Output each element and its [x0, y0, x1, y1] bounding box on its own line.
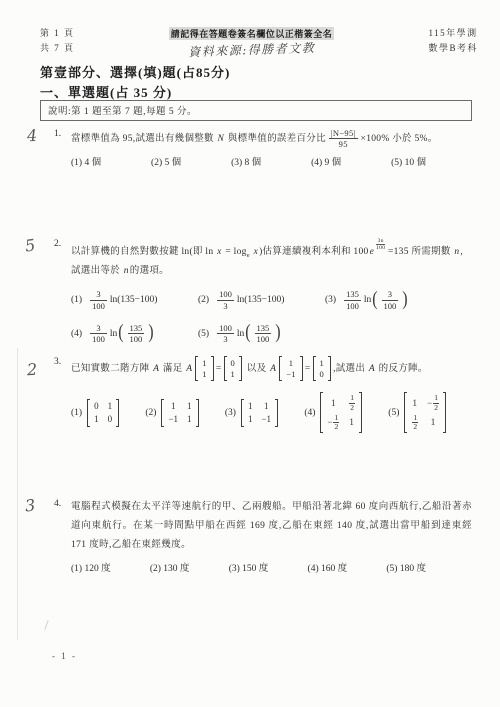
fraction-numerator: 135	[255, 323, 272, 333]
scan-artifact-line	[17, 348, 18, 640]
q3-vector: 11	[195, 356, 214, 381]
matrix-cell: 12	[411, 414, 418, 432]
q1-option-1: (1) 4 個	[71, 154, 101, 168]
q1-text-segment: ×100% 小於 5%。	[361, 134, 438, 144]
q2-text-segment: =135 所需期數	[388, 247, 451, 257]
scan-artifact-mark	[44, 620, 48, 630]
left-paren: (	[371, 289, 378, 312]
q3-option-5-matrix: 1−12121	[404, 392, 446, 433]
q2-euler-e: e	[369, 247, 376, 257]
q3-matrix-A: A	[152, 364, 160, 374]
exam-info: 115年學測 數學B考科	[428, 26, 478, 58]
fraction-denominator: 2	[349, 403, 355, 412]
q3-text-segment: 已知實數二階方陣	[71, 364, 149, 374]
q4-option-3: (3) 150 度	[229, 560, 269, 574]
q3-vector: 1−1	[279, 356, 303, 381]
q2-variable-n: n	[123, 266, 130, 276]
q2-option-4: (4)3100ln(135100)	[71, 323, 198, 344]
matrix-cell: −1	[261, 414, 271, 425]
q4-option-2: (2) 130 度	[150, 560, 190, 574]
vector-cell: 1	[202, 369, 207, 380]
matrix-bracket-right	[359, 392, 362, 433]
matrix-cell: 1	[248, 401, 253, 412]
matrix-cell: 1	[431, 417, 436, 428]
question-2: 2. 以計算機的自然對數按鍵 ln(即 ln x = loge x)估算連續複利…	[54, 238, 472, 344]
question-1-text: 當標準值為 95,試選出有幾個整數 N 與標準值的誤差百分比|N−95|95×1…	[71, 128, 472, 149]
question-4-number: 4.	[54, 498, 71, 574]
question-2-text: 以計算機的自然對數按鍵 ln(即 ln x = loge x)估算連續複利本利和…	[71, 238, 472, 280]
right-paren: )	[401, 289, 408, 312]
q3-option-1: (1)0110	[71, 399, 121, 427]
q2-option-3-ln: ln	[364, 295, 371, 305]
equals-sign: =	[216, 364, 222, 374]
page-header: 第 1 頁 共 7 頁 請記得在答題卷簽名欄位以正楷簽全名 資料來源:得勝者文教…	[40, 26, 478, 58]
q1-variable-N: N	[217, 134, 226, 144]
q3-text-segment: 以及	[247, 364, 267, 374]
q3-option-1-matrix: 0110	[87, 399, 119, 427]
matrix-cell: 0	[108, 414, 113, 425]
equals-sign: =	[305, 364, 311, 374]
fraction-numerator: 1	[412, 414, 418, 422]
question-3-text: 已知實數二階方陣 A 滿足 A11=01 以及 A1−1=10,試選出 A 的反…	[71, 356, 472, 381]
q2-exponent-fraction: 3n100	[376, 238, 385, 251]
question-4-options: (1) 120 度 (2) 130 度 (3) 150 度 (4) 160 度 …	[71, 560, 472, 574]
q3-vector: 10	[313, 356, 332, 381]
fraction-numerator: 100	[217, 323, 234, 333]
matrix-cell: 1	[171, 401, 176, 412]
left-paren: (	[117, 322, 124, 345]
instructions-box: 說明:第 1 題至第 7 題,每題 5 分。	[40, 100, 472, 121]
left-paren: (	[244, 322, 251, 345]
q2-option-4-ln: ln	[110, 329, 117, 339]
matrix-bracket-right	[443, 392, 446, 433]
q2-text-segment: )估算連續複利本利和 100	[259, 247, 369, 257]
q3-option-2: (2)11−11	[145, 399, 200, 427]
matrix-cell: 1	[413, 398, 418, 409]
q4-option-5: (5) 180 度	[386, 560, 426, 574]
q3-matrix-A: A	[269, 364, 277, 374]
q3-option-4: (4)112−121	[304, 392, 364, 433]
q1-option-2: (2) 5 個	[151, 154, 181, 168]
question-4: 4. 電腦程式模擬在太平洋等速航行的甲、乙兩艘船。甲船沿著北緯 60 度向西航行…	[54, 498, 472, 574]
matrix-cell: 1	[94, 414, 99, 425]
vector-cell: 0	[320, 369, 325, 380]
matrix-cell: 1	[187, 414, 192, 425]
vector-cell: 1	[202, 358, 207, 369]
vector-cell: 0	[231, 358, 236, 369]
matrix-cell: 1	[248, 414, 253, 425]
matrix-bracket-right	[239, 356, 242, 381]
matrix-bracket-right	[300, 356, 303, 381]
page-info: 第 1 頁 共 7 頁	[40, 26, 75, 58]
matrix-cell: −12	[327, 414, 339, 432]
q4-option-1: (1) 120 度	[71, 560, 111, 574]
handwritten-answer-q1: 4	[26, 126, 37, 146]
question-2-number: 2.	[54, 238, 71, 344]
matrix-cell: 1	[264, 401, 269, 412]
q2-text-segment: ,	[460, 247, 463, 257]
q2-option-5-label: (5)	[198, 329, 209, 339]
matrix-bracket-right	[275, 399, 278, 427]
handwritten-answer-q2: 5	[24, 235, 37, 255]
fraction-numerator: 1	[349, 394, 355, 402]
fraction-numerator: 100	[217, 289, 234, 299]
q2-text-segment: 的選項。	[130, 266, 169, 276]
q2-option-1-fraction: 3100	[90, 289, 107, 310]
q1-fraction: |N−95|95	[329, 128, 358, 149]
q3-option-5-label: (5)	[388, 408, 399, 418]
q2-option-5: (5)1003ln(135100)	[198, 323, 325, 344]
q2-option-2-label: (2)	[198, 295, 209, 305]
q2-option-2: (2)1003ln(135−100)	[198, 289, 325, 310]
q2-option-3-fraction: 135100	[344, 289, 361, 310]
q2-option-4-label: (4)	[71, 329, 82, 339]
q2-variable-x: x	[216, 247, 223, 257]
fraction-denominator: 3	[217, 300, 234, 311]
matrix-bracket-right	[211, 356, 214, 381]
q3-option-4-matrix: 112−121	[320, 392, 362, 433]
fraction-denominator: 2	[333, 422, 339, 431]
question-3-options: (1)0110 (2)11−11 (3)111−1 (4)112−121 (5)…	[71, 392, 472, 433]
q2-option-3-label: (3)	[325, 295, 336, 305]
part-title: 第壹部分、選擇(填)題(占85分)	[40, 62, 230, 81]
matrix-bracket-right	[328, 356, 331, 381]
q1-option-3: (3) 8 個	[231, 154, 261, 168]
page-total-line: 共 7 頁	[40, 41, 75, 56]
q2-option-1: (1)3100ln(135−100)	[71, 289, 198, 310]
q2-option-5-ln: ln	[237, 329, 244, 339]
matrix-cell: −1	[168, 414, 178, 425]
fraction-denominator: 2	[412, 422, 418, 431]
matrix-cell: 1	[349, 417, 354, 428]
q1-text-segment: 與標準值的誤差百分比	[228, 134, 326, 144]
q2-text-segment: = log	[225, 247, 246, 257]
q2-option-2-fraction: 1003	[217, 289, 234, 310]
q3-option-5: (5)1−12121	[388, 392, 448, 433]
q2-log-base: e	[247, 252, 250, 259]
fraction-denominator: 100	[90, 333, 107, 344]
q3-option-3-matrix: 111−1	[241, 399, 278, 427]
q3-option-1-label: (1)	[71, 408, 82, 418]
right-paren: )	[147, 322, 154, 345]
matrix-cell: 1	[108, 401, 113, 412]
q2-option-3: (3)135100ln(3100)	[325, 289, 472, 310]
q3-vector: 01	[224, 356, 243, 381]
header-center: 請記得在答題卷簽名欄位以正楷簽全名 資料來源:得勝者文教	[169, 26, 335, 58]
right-paren: )	[274, 322, 281, 345]
matrix-cell: 1	[187, 401, 192, 412]
vector-cell: −1	[286, 369, 296, 380]
fraction-denominator: 100	[90, 300, 107, 311]
q3-text-segment: 滿足	[163, 364, 183, 374]
q2-exponent-denominator: 100	[376, 244, 385, 251]
q4-option-4: (4) 160 度	[308, 560, 348, 574]
q2-option-1-label: (1)	[71, 295, 82, 305]
fraction-numerator: 135	[128, 323, 145, 333]
fraction-numerator: 3	[382, 289, 399, 299]
fraction-denominator: 100	[344, 300, 361, 311]
fraction-numerator: 3	[90, 323, 107, 333]
vector-cell: 1	[320, 358, 325, 369]
q3-option-3-label: (3)	[225, 408, 236, 418]
subsection-title: 一、單選題(占 35 分)	[40, 82, 172, 101]
q3-option-4-label: (4)	[304, 408, 315, 418]
q2-option-1-expression: ln(135−100)	[110, 295, 158, 305]
q1-fraction-denominator: 95	[329, 138, 358, 149]
fraction-denominator: 3	[217, 333, 234, 344]
q2-option-4-paren-fraction: 135100	[128, 323, 145, 344]
cell-sign: −	[427, 398, 432, 409]
fraction-numerator: 3	[90, 289, 107, 299]
matrix-bracket-right	[196, 399, 199, 427]
handwritten-answer-q4: 3	[24, 496, 36, 516]
q2-option-2-expression: ln(135−100)	[237, 295, 285, 305]
handwritten-answer-q3: 2	[27, 360, 38, 380]
q2-text-segment: 以計算機的自然對數按鍵 ln(即 ln	[71, 247, 213, 257]
q3-option-2-matrix: 11−11	[161, 399, 198, 427]
question-3: 3. 已知實數二階方陣 A 滿足 A11=01 以及 A1−1=10,試選出 A…	[54, 356, 472, 433]
question-2-options: (1)3100ln(135−100) (2)1003ln(135−100) (3…	[71, 289, 472, 344]
matrix-cell: 12	[348, 394, 355, 412]
q1-option-4: (4) 9 個	[311, 154, 341, 168]
fraction-numerator: 1	[333, 414, 339, 422]
page-number-line: 第 1 頁	[40, 26, 75, 41]
q3-option-3: (3)111−1	[225, 399, 280, 427]
q2-text-segment: 試選出等於	[71, 266, 120, 276]
matrix-cell: 1	[331, 398, 336, 409]
fraction-denominator: 2	[433, 403, 439, 412]
q3-text-segment: ,試選出	[333, 364, 365, 374]
exam-subject: 數學B考科	[428, 41, 478, 56]
question-1-options: (1) 4 個 (2) 5 個 (3) 8 個 (4) 9 個 (5) 10 個	[71, 154, 472, 168]
question-4-text: 電腦程式模擬在太平洋等速航行的甲、乙兩艘船。甲船沿著北緯 60 度向西航行,乙船…	[71, 498, 472, 555]
vector-cell: 1	[289, 358, 294, 369]
footer-page-number: - 1 -	[52, 651, 77, 661]
question-1: 1. 當標準值為 95,試選出有幾個整數 N 與標準值的誤差百分比|N−95|9…	[54, 128, 472, 168]
handwritten-source-note: 資料來源:得勝者文教	[168, 38, 334, 61]
fraction-numerator: 1	[433, 394, 439, 402]
cell-sign: −	[327, 417, 332, 428]
q3-matrix-A: A	[185, 364, 193, 374]
question-1-number: 1.	[54, 128, 71, 168]
matrix-bracket-right	[116, 399, 119, 427]
q3-text-segment: 的反方陣。	[379, 364, 428, 374]
q2-option-5-fraction: 1003	[217, 323, 234, 344]
fraction-denominator: 100	[128, 333, 145, 344]
q2-option-4-fraction: 3100	[90, 323, 107, 344]
q2-option-5-paren-fraction: 135100	[255, 323, 272, 344]
matrix-cell: 0	[94, 401, 99, 412]
q1-option-5: (5) 10 個	[391, 154, 426, 168]
vector-cell: 1	[231, 369, 236, 380]
fraction-numerator: 135	[344, 289, 361, 299]
q3-matrix-A: A	[368, 364, 376, 374]
question-3-number: 3.	[54, 356, 71, 433]
exam-year: 115年學測	[428, 26, 478, 41]
matrix-cell: −12	[427, 394, 439, 412]
fraction-denominator: 100	[255, 333, 272, 344]
fraction-denominator: 100	[382, 300, 399, 311]
q3-option-2-label: (2)	[145, 408, 156, 418]
q1-text-segment: 當標準值為 95,試選出有幾個整數	[71, 134, 214, 144]
q1-fraction-numerator: |N−95|	[329, 128, 358, 138]
q2-option-3-paren-fraction: 3100	[382, 289, 399, 310]
